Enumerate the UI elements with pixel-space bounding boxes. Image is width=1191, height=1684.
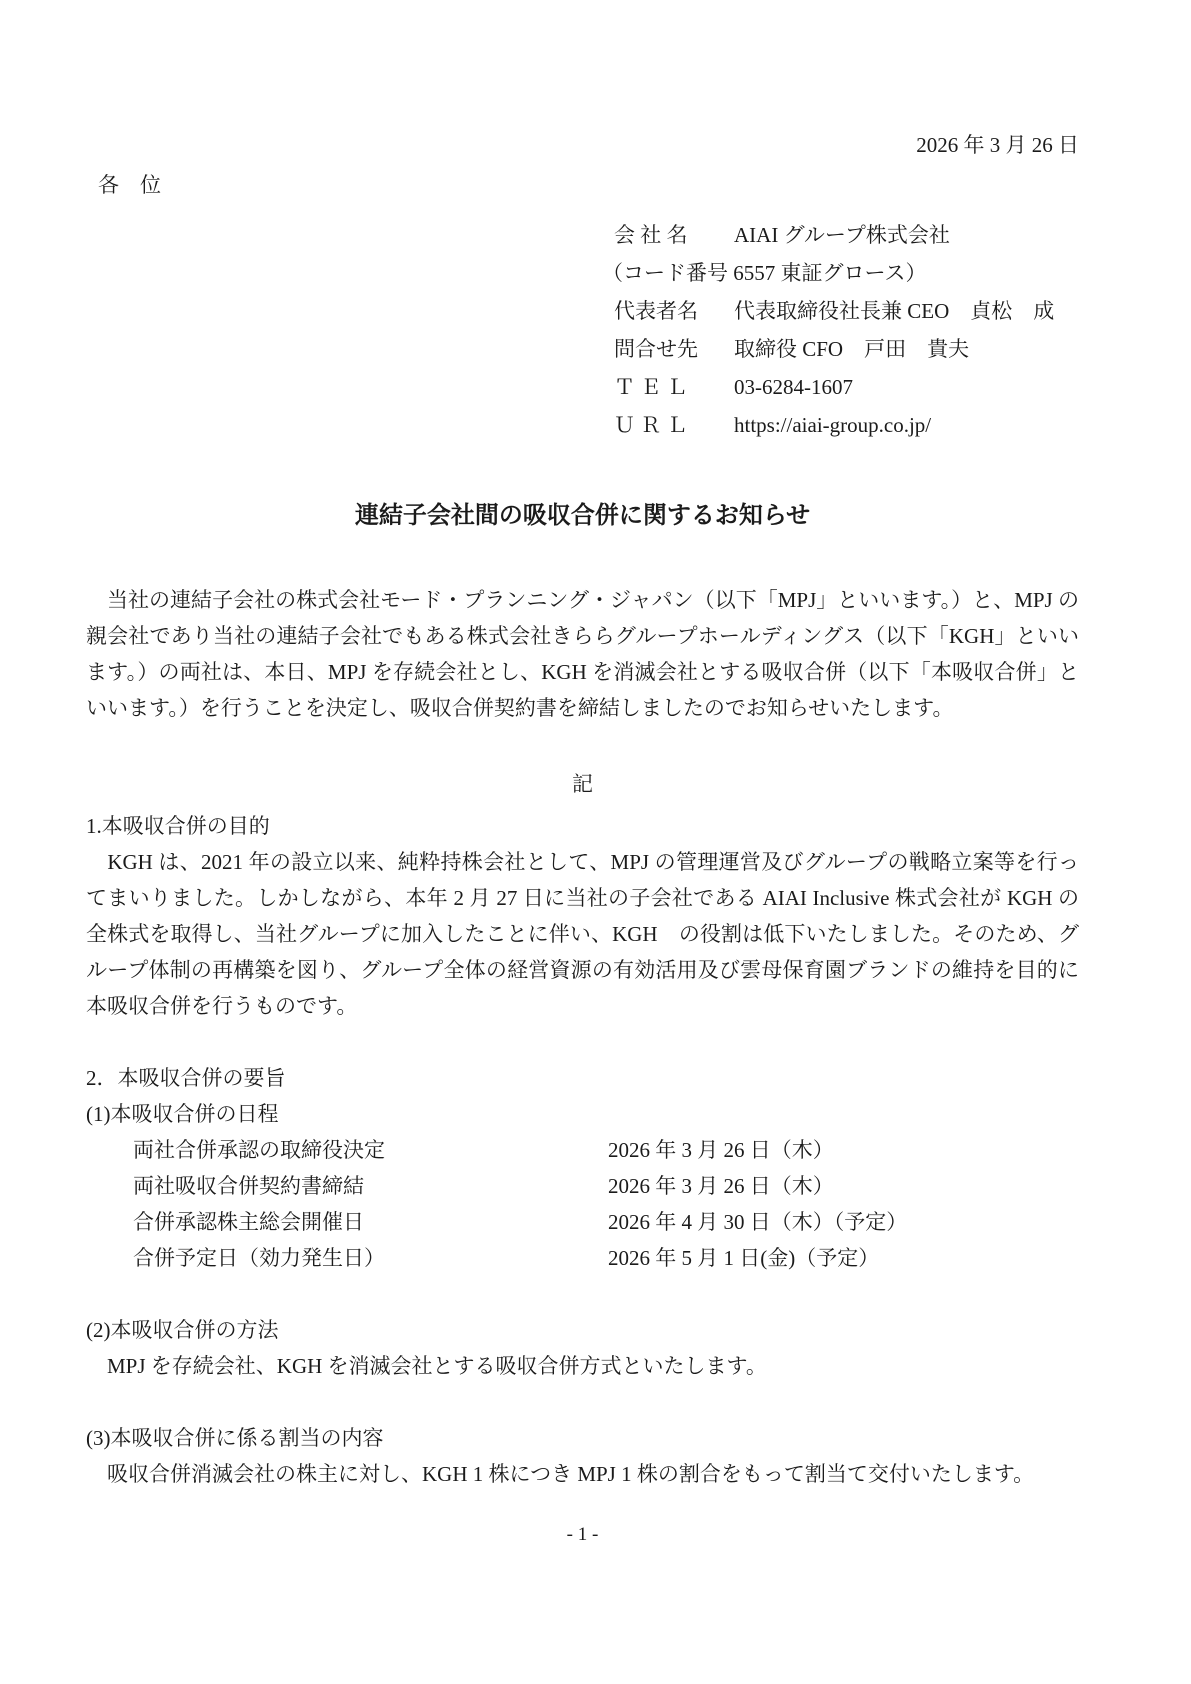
sender-info-row: Ｕ Ｒ Ｌ https://aiai-group.co.jp/ (614, 406, 1079, 444)
company-name-value: AIAI グループ株式会社 (734, 216, 1079, 254)
stock-code-value: （コード番号 6557 東証グロース） (602, 254, 1079, 292)
representative-value: 代表取締役社長兼 CEO 貞松 成 (734, 292, 1079, 330)
document-date: 2026 年 3 月 26 日 (86, 0, 1079, 160)
sender-info-block: 会 社 名 AIAI グループ株式会社 （コード番号 6557 東証グロース） … (614, 216, 1079, 444)
contact-label: 問合せ先 (614, 330, 734, 368)
ki-marker: 記 (86, 766, 1079, 802)
page-number: - 1 - (86, 1520, 1079, 1550)
schedule-item-label: 合併予定日（効力発生日） (133, 1240, 608, 1276)
company-name-label: 会 社 名 (614, 216, 734, 254)
document-title: 連結子会社間の吸収合併に関するお知らせ (86, 500, 1079, 532)
allotment-body: 吸収合併消滅会社の株主に対し、KGH 1 株につき MPJ 1 株の割合をもって… (86, 1456, 1079, 1492)
contact-value: 取締役 CFO 戸田 貴夫 (734, 330, 1079, 368)
schedule-item-date: 2026 年 3 月 26 日（木） (608, 1132, 1079, 1168)
schedule-table: 両社合併承認の取締役決定 2026 年 3 月 26 日（木） 両社吸収合併契約… (86, 1132, 1079, 1276)
allotment-heading: (3)本吸収合併に係る割当の内容 (86, 1420, 1079, 1456)
section-2-heading: 2．本吸収合併の要旨 (86, 1060, 1079, 1096)
schedule-row: 合併予定日（効力発生日） 2026 年 5 月 1 日(金)（予定） (86, 1240, 1079, 1276)
intro-paragraph: 当社の連結子会社の株式会社モード・プランニング・ジャパン（以下「MPJ」といいま… (86, 582, 1079, 726)
sender-info-row: 代表者名 代表取締役社長兼 CEO 貞松 成 (614, 292, 1079, 330)
schedule-item-label: 合併承認株主総会開催日 (133, 1204, 608, 1240)
schedule-item-date: 2026 年 5 月 1 日(金)（予定） (608, 1240, 1079, 1276)
document-page: 2026 年 3 月 26 日 各 位 会 社 名 AIAI グループ株式会社 … (0, 0, 1191, 1684)
method-body: MPJ を存続会社、KGH を消滅会社とする吸収合併方式といたします。 (86, 1348, 1079, 1384)
schedule-item-label: 両社吸収合併契約書締結 (133, 1168, 608, 1204)
section-1-heading: 1.本吸収合併の目的 (86, 808, 1079, 844)
sender-info-row: 会 社 名 AIAI グループ株式会社 (614, 216, 1079, 254)
url-value: https://aiai-group.co.jp/ (734, 406, 1079, 444)
schedule-row: 両社合併承認の取締役決定 2026 年 3 月 26 日（木） (86, 1132, 1079, 1168)
sender-info-row: Ｔ Ｅ Ｌ 03-6284-1607 (614, 368, 1079, 406)
url-label: Ｕ Ｒ Ｌ (614, 406, 734, 444)
representative-label: 代表者名 (614, 292, 734, 330)
schedule-item-date: 2026 年 4 月 30 日（木）（予定） (608, 1204, 1079, 1240)
schedule-row: 合併承認株主総会開催日 2026 年 4 月 30 日（木）（予定） (86, 1204, 1079, 1240)
schedule-heading: (1)本吸収合併の日程 (86, 1096, 1079, 1132)
schedule-item-date: 2026 年 3 月 26 日（木） (608, 1168, 1079, 1204)
schedule-item-label: 両社合併承認の取締役決定 (133, 1132, 608, 1168)
method-heading: (2)本吸収合併の方法 (86, 1312, 1079, 1348)
document-content: 2026 年 3 月 26 日 各 位 会 社 名 AIAI グループ株式会社 … (0, 0, 1191, 1550)
schedule-row: 両社吸収合併契約書締結 2026 年 3 月 26 日（木） (86, 1168, 1079, 1204)
addressee: 各 位 (98, 170, 1079, 200)
tel-label: Ｔ Ｅ Ｌ (614, 368, 734, 406)
sender-info-row: 問合せ先 取締役 CFO 戸田 貴夫 (614, 330, 1079, 368)
tel-value: 03-6284-1607 (734, 368, 1079, 406)
sender-info-row: （コード番号 6557 東証グロース） (602, 254, 1079, 292)
section-1-body: KGH は、2021 年の設立以来、純粋持株会社として、MPJ の管理運営及びグ… (86, 844, 1079, 1024)
